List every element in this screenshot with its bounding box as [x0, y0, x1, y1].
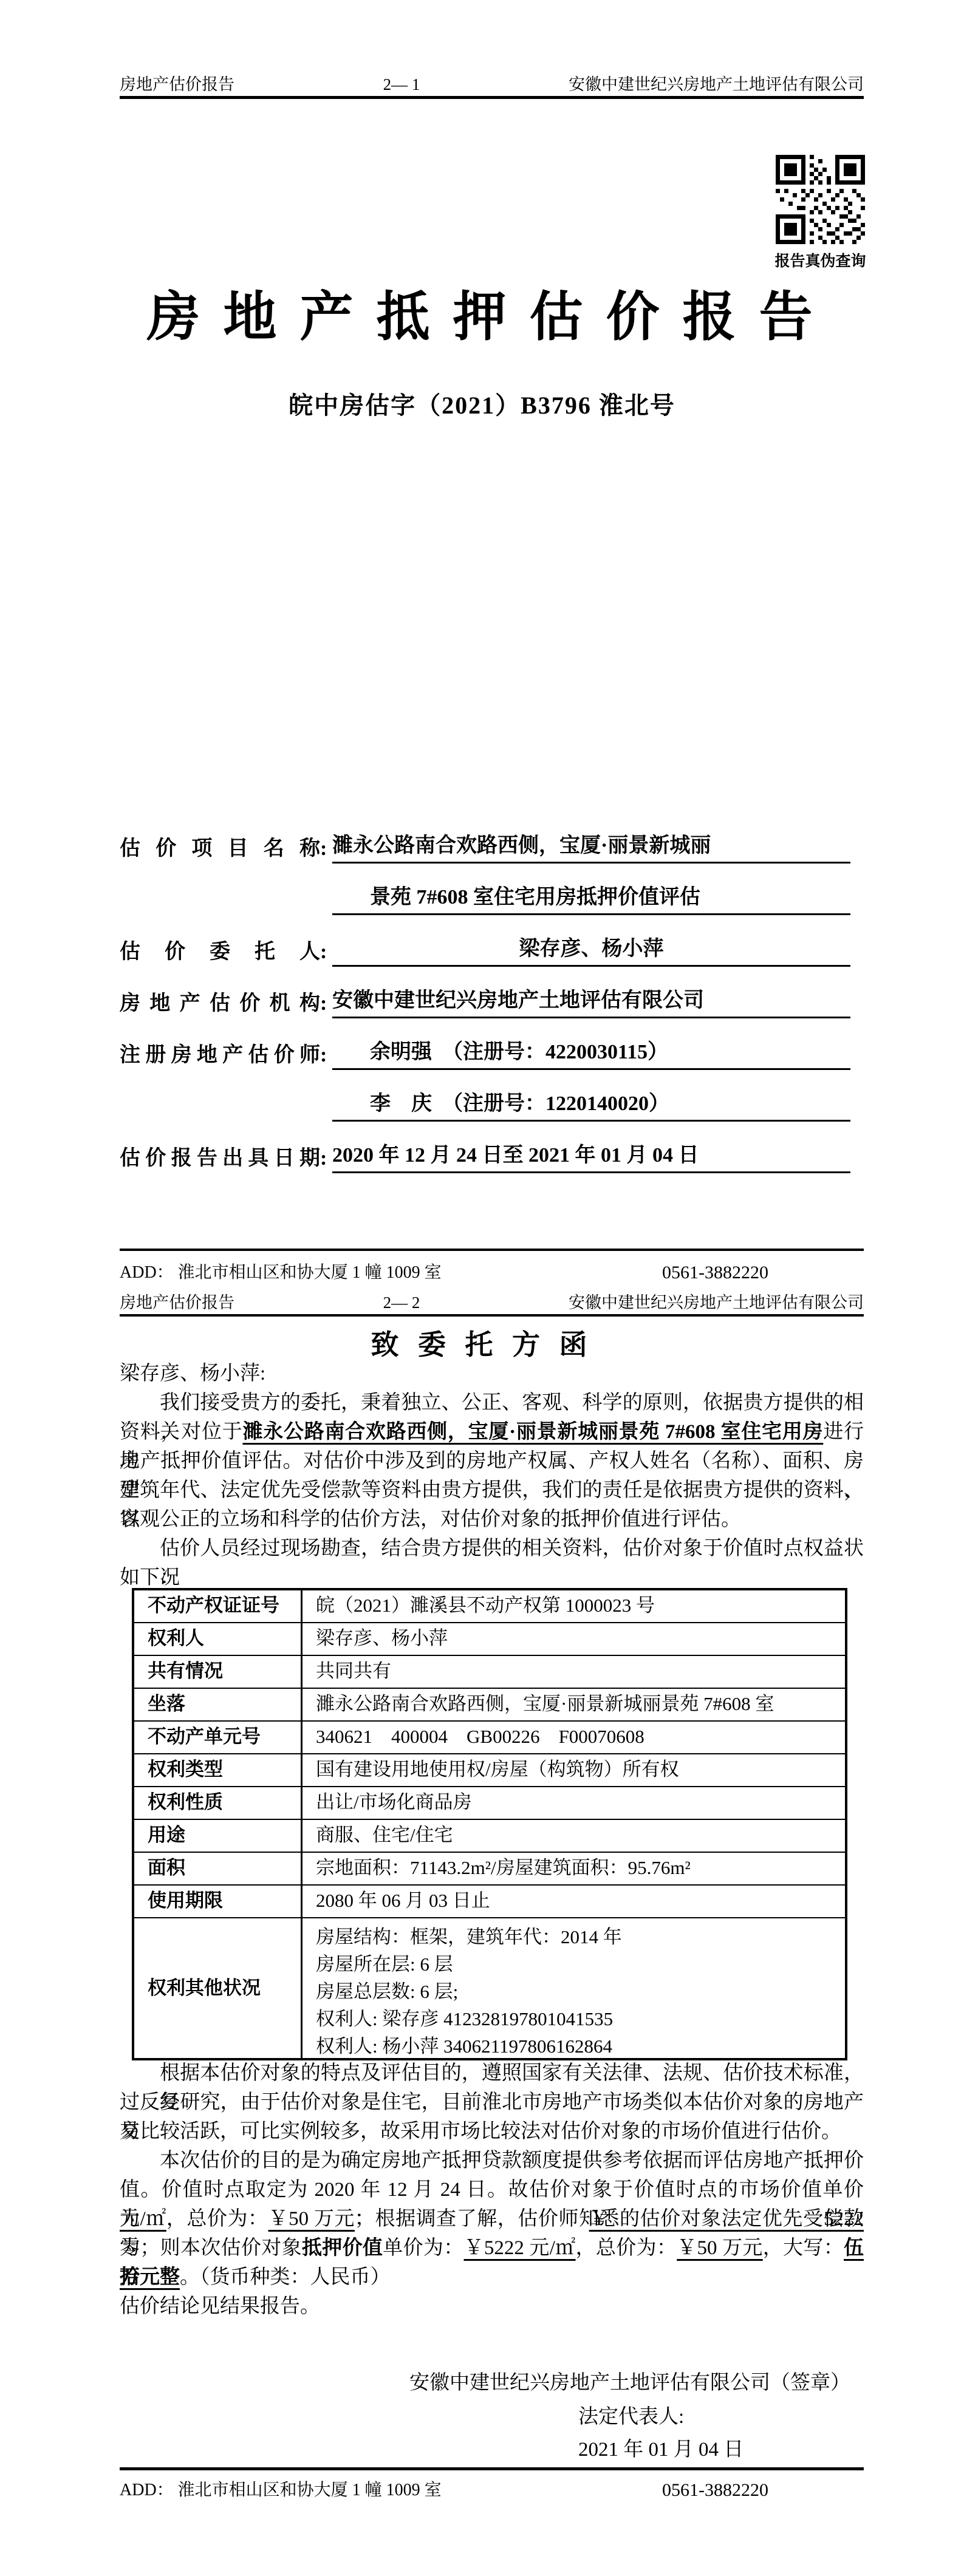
- table-row-unit-number: 不动产单元号 340621 400004 GB00226 F00070608: [134, 1720, 845, 1753]
- row-value: 濉永公路南合欢路西侧，宝厦·丽景新城丽景苑 7#608 室: [303, 1689, 845, 1720]
- letter-closing: 估价结论见结果报告。: [120, 2292, 864, 2321]
- page2-header-doc-type: 房地产估价报告: [120, 1293, 234, 1312]
- letter-p3-line2: 过反复研究，由于估价对象是住宅，目前淮北市房地产市场类似本估价对象的房地产交: [120, 2088, 864, 2117]
- qr-code: [776, 155, 865, 244]
- report-date-label: 估价报告出具日期: [120, 1144, 320, 1173]
- report-date-colon: :: [320, 1144, 332, 1173]
- agency-label: 房地产估价机构: [120, 989, 320, 1018]
- page1-footer-rule: [120, 1249, 864, 1251]
- other-status-line: 房屋所在层: 6 层: [316, 1951, 845, 1978]
- project-name-label: 估价项目名称: [120, 834, 320, 864]
- page1-footer-address: ADD： 淮北市相山区和协大厦 1 幢 1009 室: [120, 1263, 442, 1282]
- letter-p1-line4: 建筑年代、法定优先受偿款等资料由贵方提供，我们的责任是依据贵方提供的资料，以: [120, 1476, 864, 1505]
- project-name-colon: :: [320, 834, 332, 864]
- appraiser-1-value: 余明强 （注册号：4220030115）: [332, 1038, 850, 1070]
- table-row-use-term: 使用期限 2080 年 06 月 03 日止: [134, 1884, 845, 1917]
- row-value: 梁存彦、杨小萍: [303, 1623, 845, 1655]
- letter-p4-line3: 元/㎡，总价为：￥50 万元；根据调查了解，估价师知悉的估价对象法定优先受偿款为: [120, 2204, 864, 2234]
- letter-p1-line2: 资料，对位于濉永公路南合欢路西侧，宝厦·丽景新城丽景苑 7#608 室住宅用房进…: [120, 1417, 864, 1446]
- table-row-other-status: 权利其他状况 房屋结构：框架，建筑年代：2014 年 房屋所在层: 6 层 房屋…: [134, 1917, 845, 2058]
- row-label: 用途: [134, 1820, 303, 1852]
- field-agency: 房地产估价机构 : 安徽中建世纪兴房地产土地评估有限公司: [120, 986, 850, 1018]
- other-status-line: 权利人: 梁存彦 412328197801041535: [316, 2005, 845, 2033]
- table-row-holder: 权利人 梁存彦、杨小萍: [134, 1622, 845, 1655]
- signature-company: 安徽中建世纪兴房地产土地评估有限公司（签章）: [120, 2370, 850, 2396]
- letter-p4-line1: 本次估价的目的是为确定房地产抵押贷款额度提供参考依据而评估房地产抵押价: [120, 2146, 864, 2175]
- page2-header-page-number: 2— 2: [383, 1293, 420, 1312]
- letter-p3-line3: 易比较活跃，可比实例较多，故采用市场比较法对估价对象的市场价值进行估价。: [120, 2117, 864, 2146]
- row-label: 共有情况: [134, 1656, 303, 1688]
- table-row-location: 坐落 濉永公路南合欢路西侧，宝厦·丽景新城丽景苑 7#608 室: [134, 1688, 845, 1720]
- other-status-line: 房屋总层数: 6 层;: [316, 1978, 845, 2005]
- letter-p2-line1: 估价人员经过现场勘查，结合贵方提供的相关资料，估价对象于价值时点权益状况: [120, 1534, 864, 1563]
- row-label: 坐落: [134, 1689, 303, 1720]
- page1-header-page-number: 2— 1: [383, 75, 420, 94]
- letter-salutation: 梁存彦、杨小萍:: [120, 1359, 864, 1388]
- signature-legal-rep: 法定代表人:: [578, 2404, 858, 2430]
- table-row-certificate: 不动产权证证号 皖（2021）濉溪县不动产权第 1000023 号: [134, 1590, 845, 1622]
- row-label: 使用期限: [134, 1886, 303, 1917]
- page2-footer-phone: 0561-3882220: [662, 2481, 768, 2500]
- client-label: 估价委托人: [120, 938, 320, 967]
- report-doc-number: 皖中房估字（2021）B3796 淮北号: [0, 386, 964, 421]
- qr-code-image: [776, 155, 865, 244]
- row-label: 权利其他状况: [134, 1918, 303, 2058]
- appraiser-2-value: 李 庆 （注册号：1220140020）: [332, 1089, 850, 1122]
- appraiser-colon: :: [320, 1041, 332, 1070]
- report-title: 房 地 产 抵 押 估 价 报 告: [0, 274, 964, 351]
- table-row-right-type: 权利类型 国有建设用地使用权/房屋（构筑物）所有权: [134, 1753, 845, 1786]
- appraisal-report-document: 房地产估价报告 2— 1 安徽中建世纪兴房地产土地评估有限公司 报告真伪查询 房…: [0, 0, 964, 2576]
- row-value: 皖（2021）濉溪县不动产权第 1000023 号: [303, 1590, 845, 1622]
- table-row-usage: 用途 商服、住宅/住宅: [134, 1819, 845, 1852]
- letter-p4-line4: 零；则本次估价对象抵押价值单价为：￥5222 元/㎡，总价为：￥50 万元，大写…: [120, 2234, 864, 2263]
- other-status-line: 权利人: 杨小萍 340621197806162864: [316, 2033, 845, 2058]
- row-label: 权利类型: [134, 1754, 303, 1786]
- row-label: 权利性质: [134, 1787, 303, 1819]
- row-label: 面积: [134, 1853, 303, 1884]
- row-label: 不动产单元号: [134, 1722, 303, 1753]
- client-value: 梁存彦、杨小萍: [332, 935, 850, 967]
- table-row-co-ownership: 共有情况 共同共有: [134, 1655, 845, 1688]
- letter-p1-line1: 我们接受贵方的委托，秉着独立、公正、客观、科学的原则，依据贵方提供的相关: [120, 1388, 864, 1417]
- field-appraiser-1: 注册房地产估价师 : 余明强 （注册号：4220030115）: [120, 1037, 850, 1070]
- letter-p3-line1: 根据本估价对象的特点及评估目的，遵照国家有关法律、法规、估价技术标准，经: [120, 2059, 864, 2088]
- row-value: 国有建设用地使用权/房屋（构筑物）所有权: [303, 1754, 845, 1786]
- row-value: 商服、住宅/住宅: [303, 1820, 845, 1852]
- agency-colon: :: [320, 989, 332, 1018]
- field-report-date: 估价报告出具日期 : 2020 年 12 月 24 日至 2021 年 01 月…: [120, 1140, 850, 1173]
- row-label: 不动产权证证号: [134, 1590, 303, 1622]
- page2-footer: ADD： 淮北市相山区和协大厦 1 幢 1009 室 0561-3882220: [120, 2481, 864, 2500]
- letter-p1-line3: 地产抵押价值评估。对估价中涉及到的房地产权属、产权人姓名（名称）、面积、房型、: [120, 1446, 864, 1476]
- page1-footer-phone: 0561-3882220: [662, 1263, 768, 1283]
- letter-p4-line2: 值。价值时点取定为 2020 年 12 月 24 日。故估价对象于价值时点的市场…: [120, 2175, 864, 2204]
- row-value-multiline: 房屋结构：框架，建筑年代：2014 年 房屋所在层: 6 层 房屋总层数: 6 …: [303, 1918, 845, 2058]
- signature-date: 2021 年 01 月 04 日: [578, 2436, 858, 2463]
- letter-p4-line5: 万元整。（货币种类：人民币）: [120, 2263, 864, 2292]
- page2-running-header: 房地产估价报告 2— 2 安徽中建世纪兴房地产土地评估有限公司: [120, 1293, 864, 1312]
- qr-caption: 报告真伪查询: [767, 249, 874, 271]
- agency-value: 安徽中建世纪兴房地产土地评估有限公司: [332, 986, 850, 1018]
- report-date-value: 2020 年 12 月 24 日至 2021 年 01 月 04 日: [332, 1141, 850, 1173]
- row-label: 权利人: [134, 1623, 303, 1655]
- field-project-name-row1: 估价项目名称 : 濉永公路南合欢路西侧，宝厦·丽景新城丽: [120, 831, 850, 864]
- page2-header-company: 安徽中建世纪兴房地产土地评估有限公司: [569, 1293, 864, 1312]
- project-name-value-line1: 濉永公路南合欢路西侧，宝厦·丽景新城丽: [332, 831, 850, 864]
- page1-header-rule: [120, 96, 864, 99]
- project-name-value-line2: 景苑 7#608 室住宅用房抵押价值评估: [332, 883, 850, 915]
- row-value: 出让/市场化商品房: [303, 1787, 845, 1819]
- other-status-line: 房屋结构：框架，建筑年代：2014 年: [316, 1923, 845, 1951]
- page1-running-header: 房地产估价报告 2— 1 安徽中建世纪兴房地产土地评估有限公司: [120, 75, 864, 94]
- page2-footer-address: ADD： 淮北市相山区和协大厦 1 幢 1009 室: [120, 2481, 442, 2499]
- row-value: 共同共有: [303, 1656, 845, 1688]
- page2-header-rule: [120, 1314, 864, 1317]
- page1-header-company: 安徽中建世纪兴房地产土地评估有限公司: [569, 75, 864, 94]
- field-appraiser-2: 李 庆 （注册号：1220140020）: [120, 1089, 850, 1122]
- row-value: 340621 400004 GB00226 F00070608: [303, 1722, 845, 1753]
- field-client: 估价委托人 : 梁存彦、杨小萍: [120, 934, 850, 967]
- page1-footer: ADD： 淮北市相山区和协大厦 1 幢 1009 室 0561-3882220: [120, 1263, 864, 1283]
- appraiser-label: 注册房地产估价师: [120, 1041, 320, 1070]
- row-value: 宗地面积：71143.2m²/房屋建筑面积：95.76m²: [303, 1853, 845, 1884]
- client-colon: :: [320, 938, 332, 967]
- letter-p1-line5: 客观公正的立场和科学的估价方法，对估价对象的抵押价值进行评估。: [120, 1505, 864, 1534]
- field-project-name-row2: 景苑 7#608 室住宅用房抵押价值评估: [120, 882, 850, 915]
- letter-title: 致 委 托 方 函: [0, 1323, 964, 1363]
- table-row-right-nature: 权利性质 出让/市场化商品房: [134, 1786, 845, 1819]
- page2-footer-rule: [120, 2467, 864, 2470]
- property-rights-table: 不动产权证证号 皖（2021）濉溪县不动产权第 1000023 号 权利人 梁存…: [132, 1588, 847, 2060]
- table-row-area: 面积 宗地面积：71143.2m²/房屋建筑面积：95.76m²: [134, 1852, 845, 1884]
- row-value: 2080 年 06 月 03 日止: [303, 1886, 845, 1917]
- page1-header-doc-type: 房地产估价报告: [120, 75, 234, 94]
